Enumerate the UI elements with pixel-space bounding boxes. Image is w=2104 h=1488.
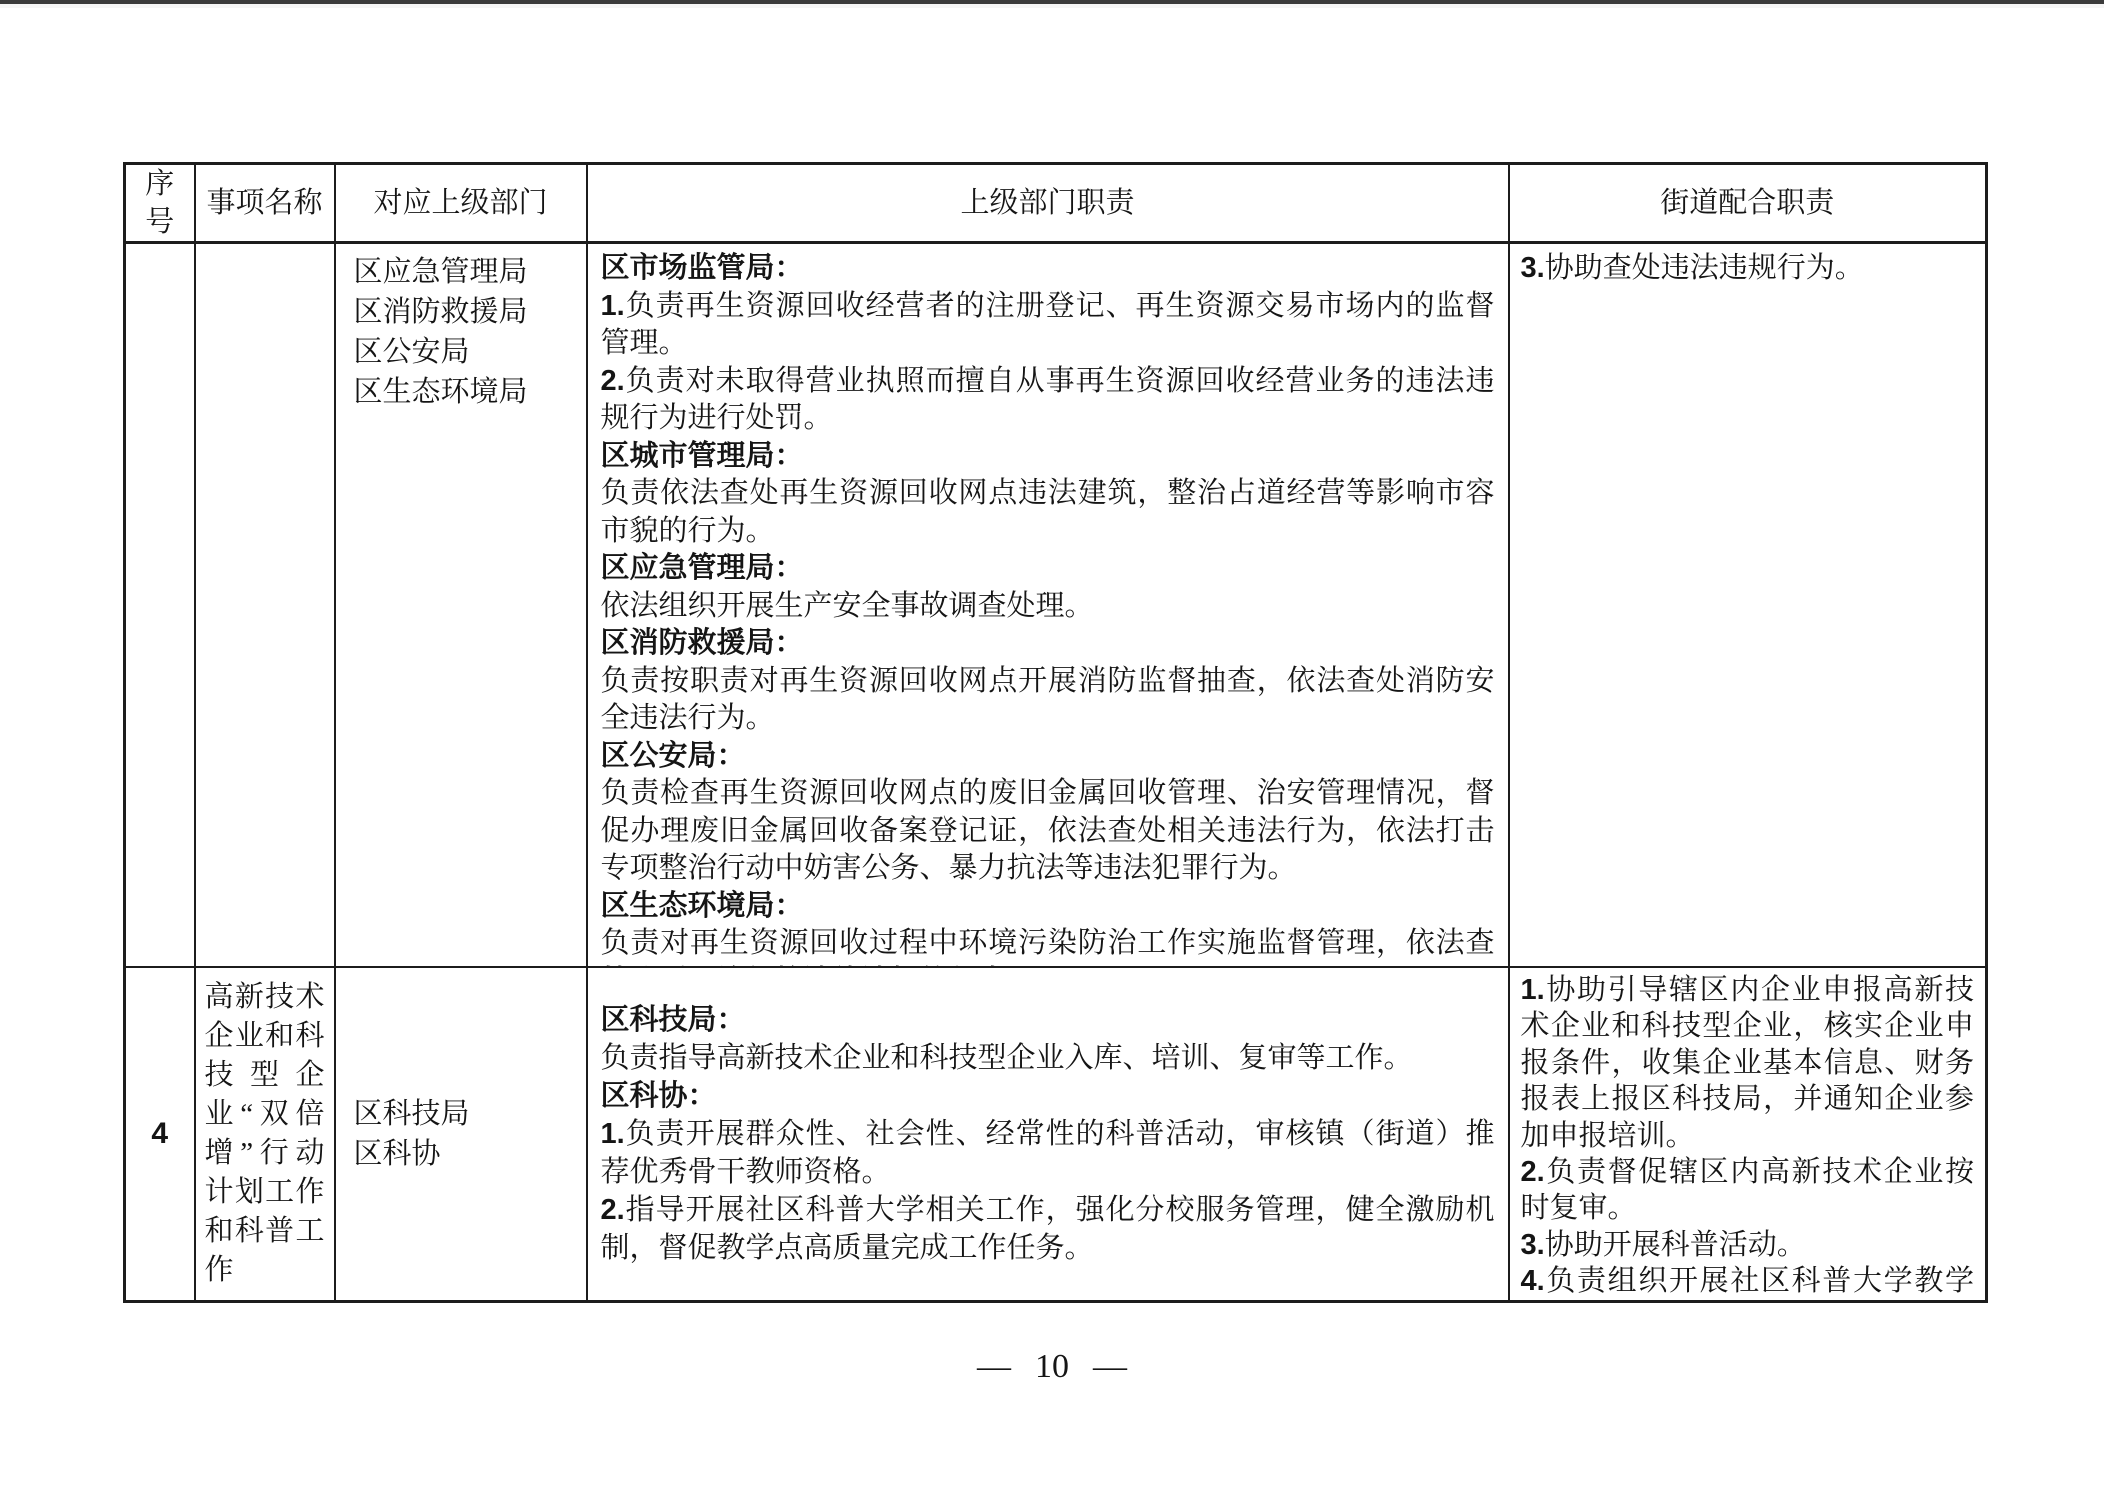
duty-text: 负责对再生资源回收过程中环境污染防治工作实施监督管理，依法查处违反环境保护法律法… xyxy=(601,925,1495,966)
item-number: 2. xyxy=(601,1194,625,1226)
item-number: 2. xyxy=(1521,1156,1545,1188)
table-header-row: 序 号 事项名称 对应上级部门 上级部门职责 街道配合职责 xyxy=(125,164,1987,243)
item-text: 负责开展群众性、社会性、经常性的科普活动，审核镇（街道）推荐优秀骨干教师资格。 xyxy=(601,1118,1495,1188)
department-name: 区公安局 xyxy=(354,332,580,372)
serial-number-cell: 4 xyxy=(125,967,195,1302)
duty-text: 负责检查再生资源回收网点的废旧金属回收管理、治安管理情况，督促办理废旧金属回收备… xyxy=(601,775,1495,888)
item-number: 4. xyxy=(1521,1265,1545,1297)
department-name: 区科技局 xyxy=(354,1094,580,1134)
item-text: 负责组织开展社区科普大学教学点相关工作任务，充实教学点师资力量，开 xyxy=(1521,1265,1975,1298)
duty-heading: 区生态环境局： xyxy=(601,888,1495,926)
cooperation-item: 3.协助开展科普活动。 xyxy=(1521,1227,1975,1263)
duty-heading: 区应急管理局： xyxy=(601,550,1495,588)
duty-item: 1.负责再生资源回收经营者的注册登记、再生资源交易市场内的监督管理。 xyxy=(601,288,1495,363)
item-text: 负责督促辖区内高新技术企业按时复审。 xyxy=(1521,1156,1975,1224)
item-text: 指导开展社区科普大学相关工作，强化分校服务管理，健全激励机制，督促教学点高质量完… xyxy=(601,1194,1495,1264)
cooperation-item: 1.协助引导辖区内企业申报高新技术企业和科技型企业，核实企业申报条件，收集企业基… xyxy=(1521,972,1975,1154)
item-number: 2. xyxy=(601,365,625,397)
footer-left-dash: — xyxy=(977,1348,1011,1385)
item-text: 协助开展科普活动。 xyxy=(1545,1229,1806,1261)
document-page: 序 号 事项名称 对应上级部门 上级部门职责 街道配合职责 区应急管理局 区消防… xyxy=(0,0,2104,1488)
department-name: 区科协 xyxy=(354,1134,580,1174)
duty-text: 负责按职责对再生资源回收网点开展消防监督抽查，依法查处消防安全违法行为。 xyxy=(601,663,1495,738)
header-cell-superior-duties: 上级部门职责 xyxy=(587,164,1509,243)
cooperation-item: 2.负责督促辖区内高新技术企业按时复审。 xyxy=(1521,1154,1975,1227)
duty-heading: 区消防救援局： xyxy=(601,625,1495,663)
street-cooperation-cell: 1.协助引导辖区内企业申报高新技术企业和科技型企业，核实企业申报条件，收集企业基… xyxy=(1509,967,1987,1302)
header-cell-street-cooperation-duties: 街道配合职责 xyxy=(1509,164,1987,243)
table-row: 区应急管理局 区消防救援局 区公安局 区生态环境局 区市场监管局： 1.负责再生… xyxy=(125,243,1987,968)
superior-department-cell: 区科技局 区科协 xyxy=(335,967,587,1302)
item-number: 3. xyxy=(1521,252,1545,284)
window-top-edge-shadow xyxy=(0,4,2104,8)
table-row: 4 高新技术企业和科技型企业“双倍增”行动计划工作和科普工作 区科技局 区科协 … xyxy=(125,967,1987,1302)
header-cell-item-name: 事项名称 xyxy=(195,164,335,243)
superior-duties-cell: 区科技局： 负责指导高新技术企业和科技型企业入库、培训、复审等工作。 区科协： … xyxy=(587,967,1509,1302)
duty-heading: 区市场监管局： xyxy=(601,250,1495,288)
item-number: 3. xyxy=(1521,1229,1545,1261)
duty-item: 2.负责对未取得营业执照而擅自从事再生资源回收经营业务的违法违规行为进行处罚。 xyxy=(601,363,1495,438)
item-text: 协助查处违法违规行为。 xyxy=(1545,252,1864,284)
superior-department-cell: 区应急管理局 区消防救援局 区公安局 区生态环境局 xyxy=(335,243,587,968)
duty-item: 1.负责开展群众性、社会性、经常性的科普活动，审核镇（街道）推荐优秀骨干教师资格… xyxy=(601,1115,1495,1191)
item-number: 1. xyxy=(601,1118,625,1150)
item-name-cell xyxy=(195,243,335,968)
cooperation-item: 3.协助查处违法违规行为。 xyxy=(1521,250,1975,287)
duty-heading: 区公安局： xyxy=(601,738,1495,776)
page-footer: —10— xyxy=(0,1348,2104,1386)
duty-text: 负责依法查处再生资源回收网点违法建筑，整治占道经营等影响市容市貌的行为。 xyxy=(601,475,1495,550)
duty-heading: 区科协： xyxy=(601,1077,1495,1115)
department-name: 区应急管理局 xyxy=(354,252,580,292)
item-text: 负责对未取得营业执照而擅自从事再生资源回收经营业务的违法违规行为进行处罚。 xyxy=(601,365,1495,435)
item-name-cell: 高新技术企业和科技型企业“双倍增”行动计划工作和科普工作 xyxy=(195,967,335,1302)
item-name-text: 高新技术企业和科技型企业“双倍增”行动计划工作和科普工作 xyxy=(196,972,334,1296)
header-cell-superior-department: 对应上级部门 xyxy=(335,164,587,243)
duty-heading: 区科技局： xyxy=(601,1001,1495,1039)
serial-number-cell xyxy=(125,243,195,968)
item-text: 负责再生资源回收经营者的注册登记、再生资源交易市场内的监督管理。 xyxy=(601,290,1495,360)
superior-duties-cell: 区市场监管局： 1.负责再生资源回收经营者的注册登记、再生资源交易市场内的监督管… xyxy=(587,243,1509,968)
department-name: 区消防救援局 xyxy=(354,292,580,332)
duty-text: 依法组织开展生产安全事故调查处理。 xyxy=(601,588,1495,626)
duty-item: 2.指导开展社区科普大学相关工作，强化分校服务管理，健全激励机制，督促教学点高质… xyxy=(601,1191,1495,1267)
department-name: 区生态环境局 xyxy=(354,372,580,412)
footer-right-dash: — xyxy=(1093,1348,1127,1385)
duty-table: 序 号 事项名称 对应上级部门 上级部门职责 街道配合职责 区应急管理局 区消防… xyxy=(123,162,1988,1303)
street-cooperation-cell: 3.协助查处违法违规行为。 xyxy=(1509,243,1987,968)
item-number: 1. xyxy=(1521,974,1545,1006)
item-number: 1. xyxy=(601,290,625,322)
duty-text: 负责指导高新技术企业和科技型企业入库、培训、复审等工作。 xyxy=(601,1039,1495,1077)
item-text: 协助引导辖区内企业申报高新技术企业和科技型企业，核实企业申报条件，收集企业基本信… xyxy=(1521,974,1975,1152)
page-number: 10 xyxy=(1035,1348,1069,1385)
header-cell-serial-number: 序 号 xyxy=(125,164,195,243)
cooperation-item: 4.负责组织开展社区科普大学教学点相关工作任务，充实教学点师资力量，开 xyxy=(1521,1263,1975,1298)
duty-heading: 区城市管理局： xyxy=(601,438,1495,476)
